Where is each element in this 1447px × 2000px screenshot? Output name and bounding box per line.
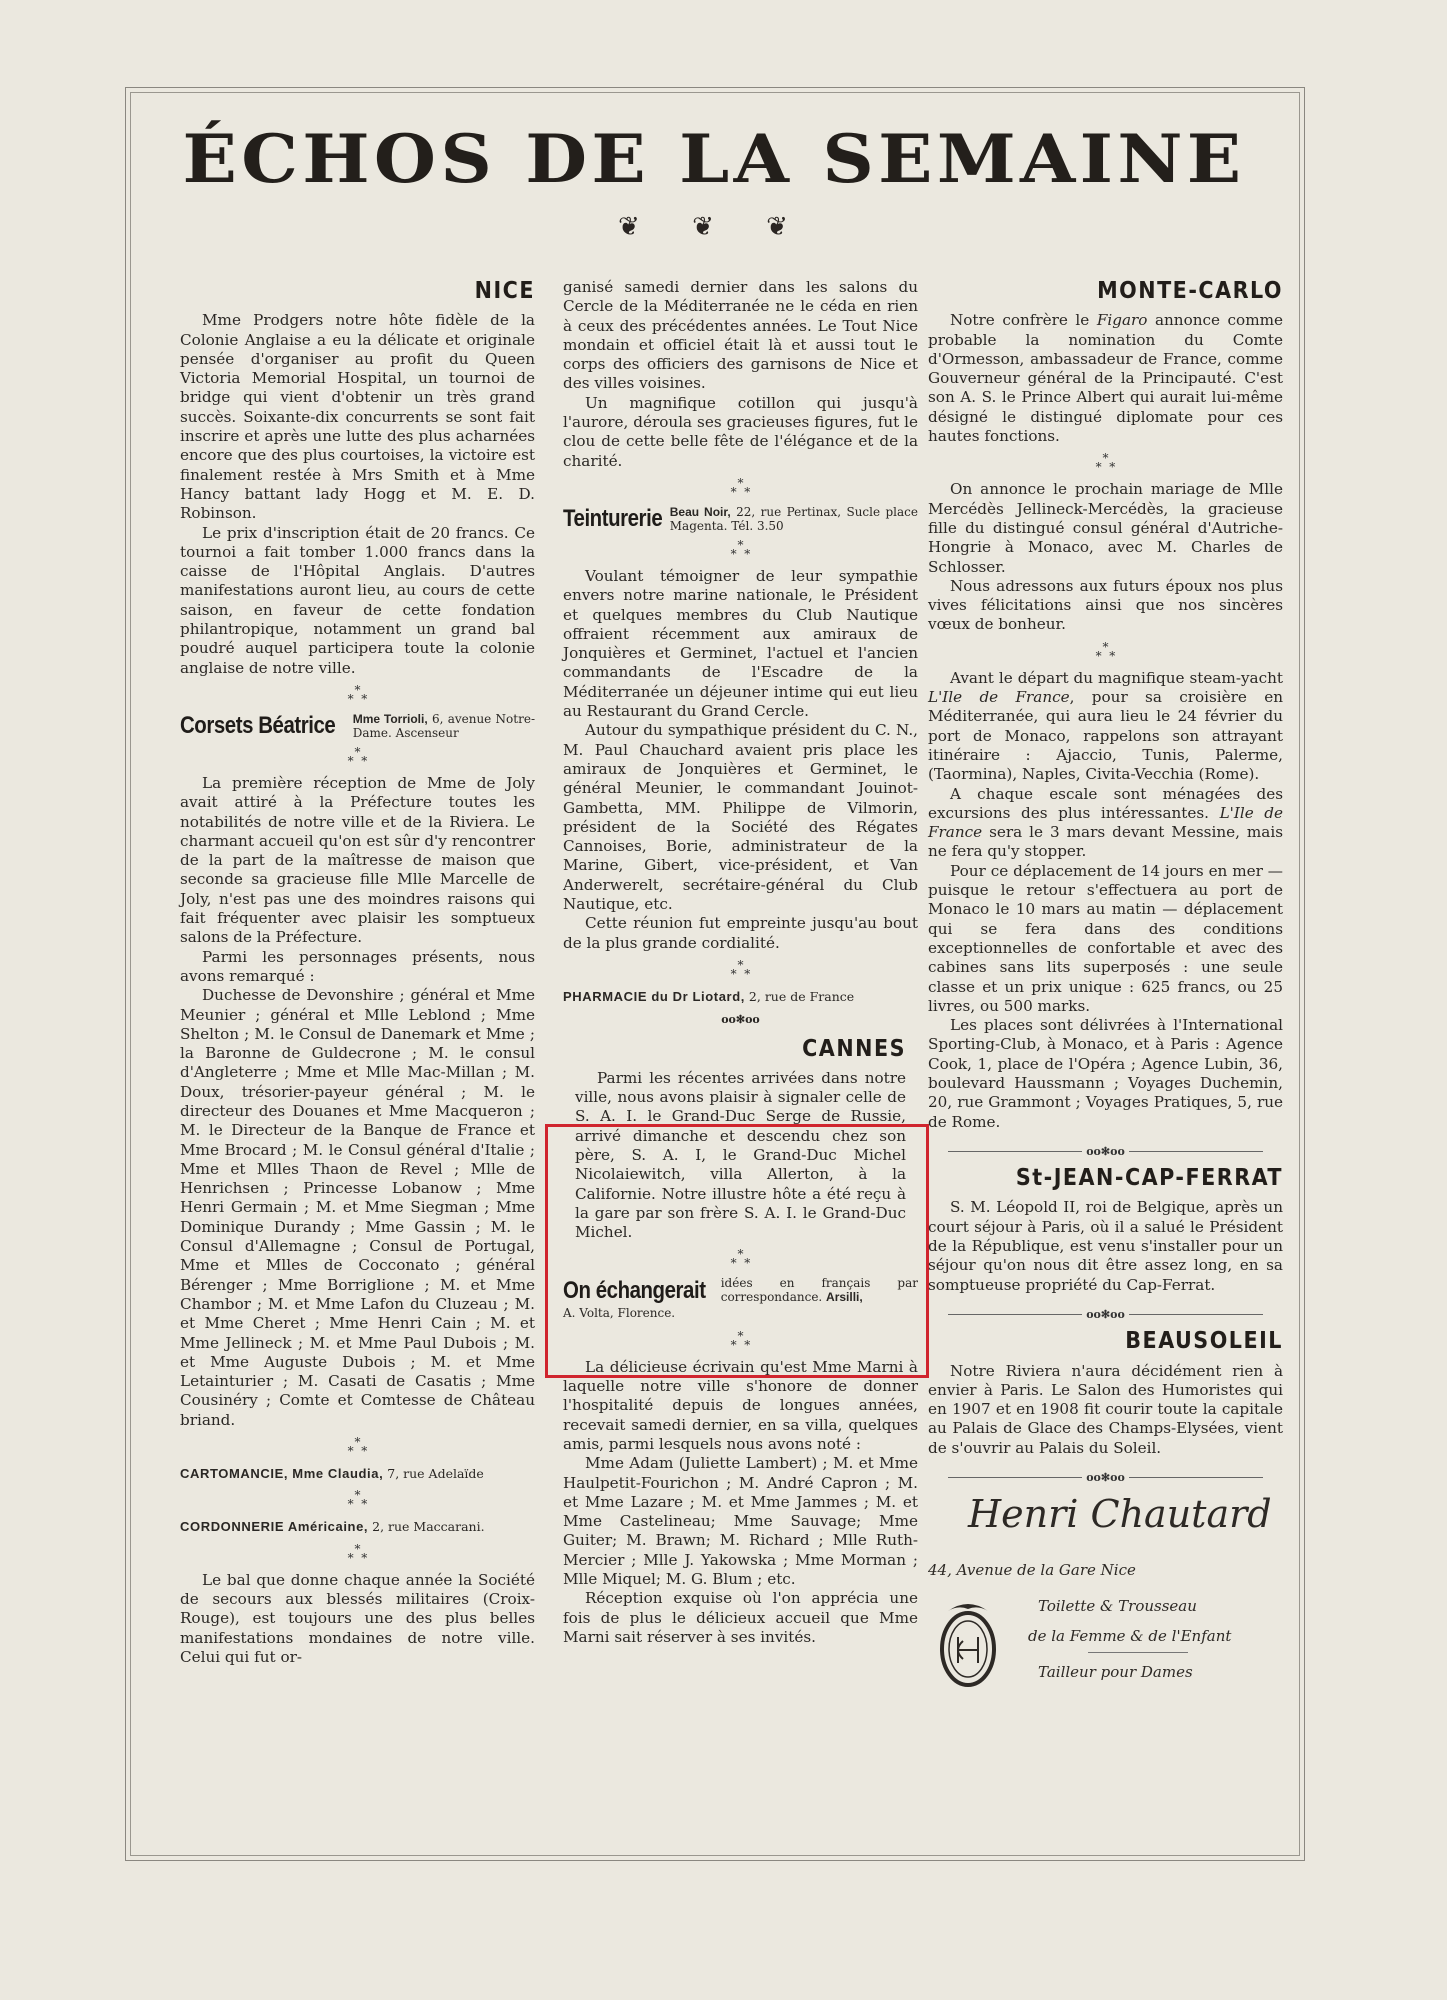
asterism-icon: ** * [928,643,1283,661]
section-title-beausoleil: BEAUSOLEIL [928,1332,1283,1351]
ad-cordonnerie: CORDONNERIE Américaine, 2, rue Maccarani… [180,1517,535,1536]
ad-address: 44, Avenue de la Gare Nice [928,1561,1136,1580]
ad-detail-bold: Mme Torrioli, [353,712,428,726]
article-paragraph: A chaque escale sont ménagées des excurs… [928,785,1283,862]
section-title-cap-ferrat: St-JEAN-CAP-FERRAT [928,1169,1283,1188]
ornament-rule: oo✻oo [948,1142,1263,1161]
ad-line: Toilette & Trousseau [1038,1597,1197,1616]
asterism-icon: ** * [180,748,535,766]
article-paragraph: La première réception de Mme de Joly ava… [180,774,535,948]
section-title-nice: NICE [180,282,535,301]
article-paragraph: Notre Riviera n'aura décidément rien à e… [928,1362,1283,1458]
ad-line: de la Femme & de l'Enfant [1028,1627,1231,1646]
article-paragraph: Un magnifique cotillon qui jusqu'à l'aur… [563,394,918,471]
asterism-icon: ** * [563,961,918,979]
article-paragraph: S. M. Léopold II, roi de Belgique, après… [928,1198,1283,1294]
asterism-icon: ** * [563,479,918,497]
ad-name: Henri Chautard [968,1505,1272,1524]
section-title-monte-carlo: MONTE-CARLO [928,282,1283,301]
masthead: ÉCHOS DE LA SEMAINE ❦ ❦ ❦ [130,120,1298,242]
asterism-icon: ** * [180,1545,535,1563]
asterism-icon: ** * [180,1438,535,1456]
monogram-crest-icon [933,1597,1003,1692]
ad-name: Teinturerie [563,509,662,528]
article-paragraph: Mme Prodgers notre hôte fidèle de la Col… [180,311,535,523]
divider [1088,1652,1188,1653]
ornament-icon: oo✻oo [1086,1468,1125,1487]
article-paragraph: Voulant témoigner de leur sympathie enve… [563,567,918,721]
ornament-rule: oo✻oo [948,1305,1263,1324]
article-paragraph: Nous adressons aux futurs époux nos plus… [928,577,1283,635]
article-paragraph: Le prix d'inscription était de 20 francs… [180,524,535,678]
section-title-cannes: CANNES [575,1040,906,1059]
ornament-icon: oo✻oo [1086,1305,1125,1324]
ad-name: Corsets Béatrice [180,716,335,735]
article-paragraph: On annonce le prochain mariage de Mlle M… [928,480,1283,576]
ad-teinturerie: Teinturerie Beau Noir, 22, rue Pertinax,… [563,505,918,533]
ad-corsets-beatrice: Corsets Béatrice Mme Torrioli, 6, avenue… [180,712,535,740]
asterism-icon: ** * [180,1491,535,1509]
highlight-box-cannes [545,1124,929,1378]
ad-line: Tailleur pour Dames [1038,1663,1193,1682]
column-2: ganisé samedi dernier dans les salons du… [563,278,918,1647]
article-paragraph: Pour ce déplacement de 14 jours en mer —… [928,862,1283,1016]
article-paragraph: ganisé samedi dernier dans les salons du… [563,278,918,394]
article-paragraph: Autour du sympathique président du C. N.… [563,721,918,914]
asterism-icon: ** * [180,686,535,704]
article-paragraph: Mme Adam (Juliette Lambert) ; M. et Mme … [563,1454,918,1589]
article-paragraph: Parmi les personnages présents, nous avo… [180,948,535,987]
asterism-icon: ** * [928,454,1283,472]
article-paragraph: Cette réunion fut empreinte jusqu'au bou… [563,914,918,953]
fleuron-ornament-icon: ❦ ❦ ❦ [130,212,1298,242]
article-paragraph: Notre confrère le Figaro annonce comme p… [928,311,1283,446]
column-1: NICE Mme Prodgers notre hôte fidèle de l… [180,278,535,1667]
ornament-icon: oo✻oo [1086,1142,1125,1161]
ad-cartomancie: CARTOMANCIE, Mme Claudia, 7, rue Adelaïd… [180,1464,535,1483]
column-3: MONTE-CARLO Notre confrère le Figaro ann… [928,278,1283,1727]
article-paragraph: Les places sont délivrées à l'Internatio… [928,1016,1283,1132]
ad-pharmacie: PHARMACIE du Dr Liotard, 2, rue de Franc… [563,987,918,1006]
ad-henri-chautard: Henri Chautard 44, Avenue de la Gare Nic… [928,1497,1283,1727]
ornament-icon: oo✻oo [563,1010,918,1029]
article-paragraph: Réception exquise où l'on apprécia une f… [563,1589,918,1647]
ornament-rule: oo✻oo [948,1468,1263,1487]
article-paragraph: Avant le départ du magnifique steam-yach… [928,669,1283,785]
asterism-icon: ** * [563,541,918,559]
page-title: ÉCHOS DE LA SEMAINE [83,120,1344,198]
article-paragraph: Le bal que donne chaque année la Société… [180,1571,535,1667]
article-paragraph: Duchesse de Devonshire ; général et Mme … [180,986,535,1430]
